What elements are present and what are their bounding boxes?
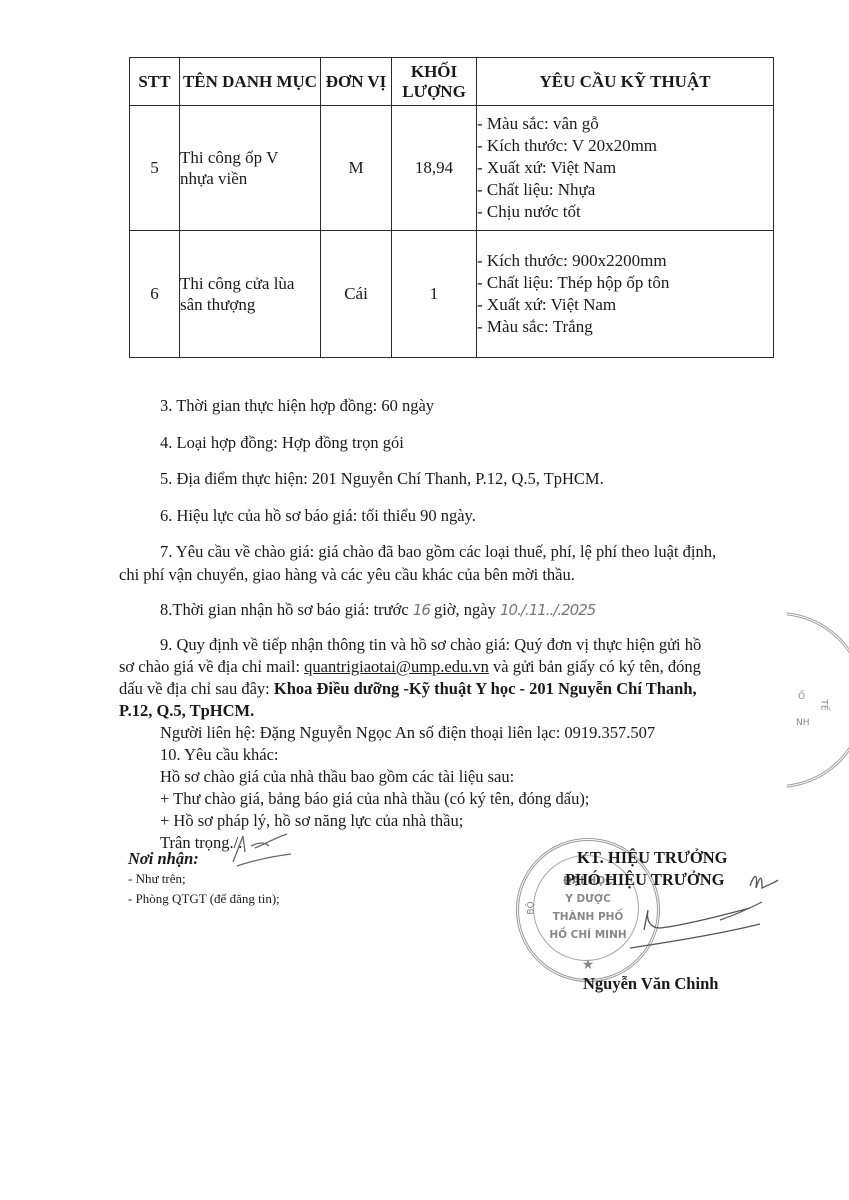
header-technical-requirements: YÊU CẦU KỸ THUẬT xyxy=(477,58,774,106)
requirement-item: - Xuất xứ: Việt Nam xyxy=(477,294,773,316)
specification-table: STT TÊN DANH MỤC ĐƠN VỊ KHỐI LƯỢNG YÊU C… xyxy=(129,57,774,358)
cell-item-name: Thi công cửa lùa sân thượng xyxy=(180,231,321,358)
recipient-item: - Phòng QTGT (để đăng tin); xyxy=(128,888,280,910)
documents-intro: Hồ sơ chào giá của nhà thầu bao gồm các … xyxy=(160,766,514,788)
cell-unit: Cái xyxy=(321,231,392,358)
cell-requirements: - Kích thước: 900x2200mm - Chất liệu: Th… xyxy=(477,231,774,358)
cell-stt: 6 xyxy=(130,231,180,358)
cell-item-name: Thi công ốp V nhựa viền xyxy=(180,106,321,231)
header-unit: ĐƠN VỊ xyxy=(321,58,392,106)
item-name-line: nhựa viền xyxy=(180,168,320,189)
submission-address: Khoa Điều dưỡng -Kỹ thuật Y học - 201 Ng… xyxy=(274,679,697,698)
deadline-label: 8.Thời gian nhận hồ sơ báo giá: trước xyxy=(160,600,413,619)
header-quantity: KHỐI LƯỢNG xyxy=(392,58,477,106)
cell-unit: M xyxy=(321,106,392,231)
initials-scribble xyxy=(225,828,305,868)
requirement-item: - Chất liệu: Nhựa xyxy=(477,179,773,201)
item-submission-deadline: 8.Thời gian nhận hồ sơ báo giá: trước 16… xyxy=(160,599,595,621)
item-name-line: Thi công ốp V xyxy=(180,147,320,168)
deadline-mid: giờ, ngày xyxy=(430,600,500,619)
document-page: STT TÊN DANH MỤC ĐƠN VỊ KHỐI LƯỢNG YÊU C… xyxy=(0,0,849,1200)
item-submission-rules-line1: 9. Quy định về tiếp nhận thông tin và hồ… xyxy=(160,634,701,656)
item-quote-requirements-line1: 7. Yêu cầu về chào giá: giá chào đã bao … xyxy=(160,541,716,563)
submission-address-line2: P.12, Q.5, TpHCM. xyxy=(119,700,254,722)
signature-scribble xyxy=(620,868,780,968)
item-quote-requirements-line2: chi phí vận chuyển, giao hàng và các yêu… xyxy=(119,564,575,586)
table-row: 6 Thi công cửa lùa sân thượng Cái 1 - Kí… xyxy=(130,231,774,358)
item-submission-rules-line3: dấu về địa chỉ sau đây: Khoa Điều dưỡng … xyxy=(119,678,697,700)
stamp-side-text: BỘ xyxy=(527,901,537,914)
signature-title-line1: KT. HIỆU TRƯỞNG xyxy=(577,848,728,868)
requirement-item: - Xuất xứ: Việt Nam xyxy=(477,157,773,179)
requirement-item: - Màu sắc: Trắng xyxy=(477,316,773,338)
requirement-item: - Chất liệu: Thép hộp ốp tôn xyxy=(477,272,773,294)
requirement-item: - Màu sắc: vân gỗ xyxy=(477,113,773,135)
document-item: + Thư chào giá, bảng báo giá của nhà thầ… xyxy=(160,788,589,810)
item-location: 5. Địa điểm thực hiện: 201 Nguyễn Chí Th… xyxy=(160,468,604,490)
header-stt: STT xyxy=(130,58,180,106)
cell-stt: 5 xyxy=(130,106,180,231)
item-quote-validity: 6. Hiệu lực của hồ sơ báo giá: tối thiểu… xyxy=(160,505,476,527)
cell-requirements: - Màu sắc: vân gỗ - Kích thước: V 20x20m… xyxy=(477,106,774,231)
recipient-item: - Như trên; xyxy=(128,868,186,890)
requirement-item: - Chịu nước tốt xyxy=(477,201,773,223)
requirement-item: - Kích thước: 900x2200mm xyxy=(477,250,773,272)
requirements-list: - Kích thước: 900x2200mm - Chất liệu: Th… xyxy=(477,250,773,338)
email-link[interactable]: quantrigiaotai@ump.edu.vn xyxy=(304,657,489,676)
rules-text: sơ chào giá về địa chỉ mail: xyxy=(119,657,304,676)
table-row: 5 Thi công ốp V nhựa viền M 18,94 - Màu … xyxy=(130,106,774,231)
recipients-title: Nơi nhận: xyxy=(128,848,199,870)
item-name-line: Thi công cửa lùa xyxy=(180,273,320,294)
item-other-requirements: 10. Yêu cầu khác: xyxy=(160,744,279,766)
document-item: + Hồ sơ pháp lý, hồ sơ năng lực của nhà … xyxy=(160,810,463,832)
stamp-partial-text: Ố xyxy=(798,692,805,702)
contact-person: Người liên hệ: Đặng Nguyễn Ngọc An số đi… xyxy=(160,722,655,744)
requirement-item: - Kích thước: V 20x20mm xyxy=(477,135,773,157)
stamp-partial-text: NH xyxy=(796,718,810,728)
handwritten-date: 10./.11../.2025 xyxy=(500,601,595,619)
handwritten-hour: 16 xyxy=(413,601,430,619)
requirements-list: - Màu sắc: vân gỗ - Kích thước: V 20x20m… xyxy=(477,113,773,223)
stamp-partial-text: TẾ xyxy=(819,699,829,710)
item-contract-duration: 3. Thời gian thực hiện hợp đồng: 60 ngày xyxy=(160,395,434,417)
table-header-row: STT TÊN DANH MỤC ĐƠN VỊ KHỐI LƯỢNG YÊU C… xyxy=(130,58,774,106)
rules-text: dấu về địa chỉ sau đây: xyxy=(119,679,274,698)
recipients-label: Nơi nhận: xyxy=(128,849,199,868)
item-submission-rules-line2: sơ chào giá về địa chỉ mail: quantrigiao… xyxy=(119,656,701,678)
item-name-line: sân thượng xyxy=(180,294,320,315)
cell-quantity: 1 xyxy=(392,231,477,358)
item-contract-type: 4. Loại hợp đồng: Hợp đồng trọn gói xyxy=(160,432,404,454)
rules-text: và gửi bản giấy có ký tên, đóng xyxy=(489,657,701,676)
cell-quantity: 18,94 xyxy=(392,106,477,231)
signer-name: Nguyễn Văn Chinh xyxy=(583,974,718,994)
header-item-name: TÊN DANH MỤC xyxy=(180,58,321,106)
